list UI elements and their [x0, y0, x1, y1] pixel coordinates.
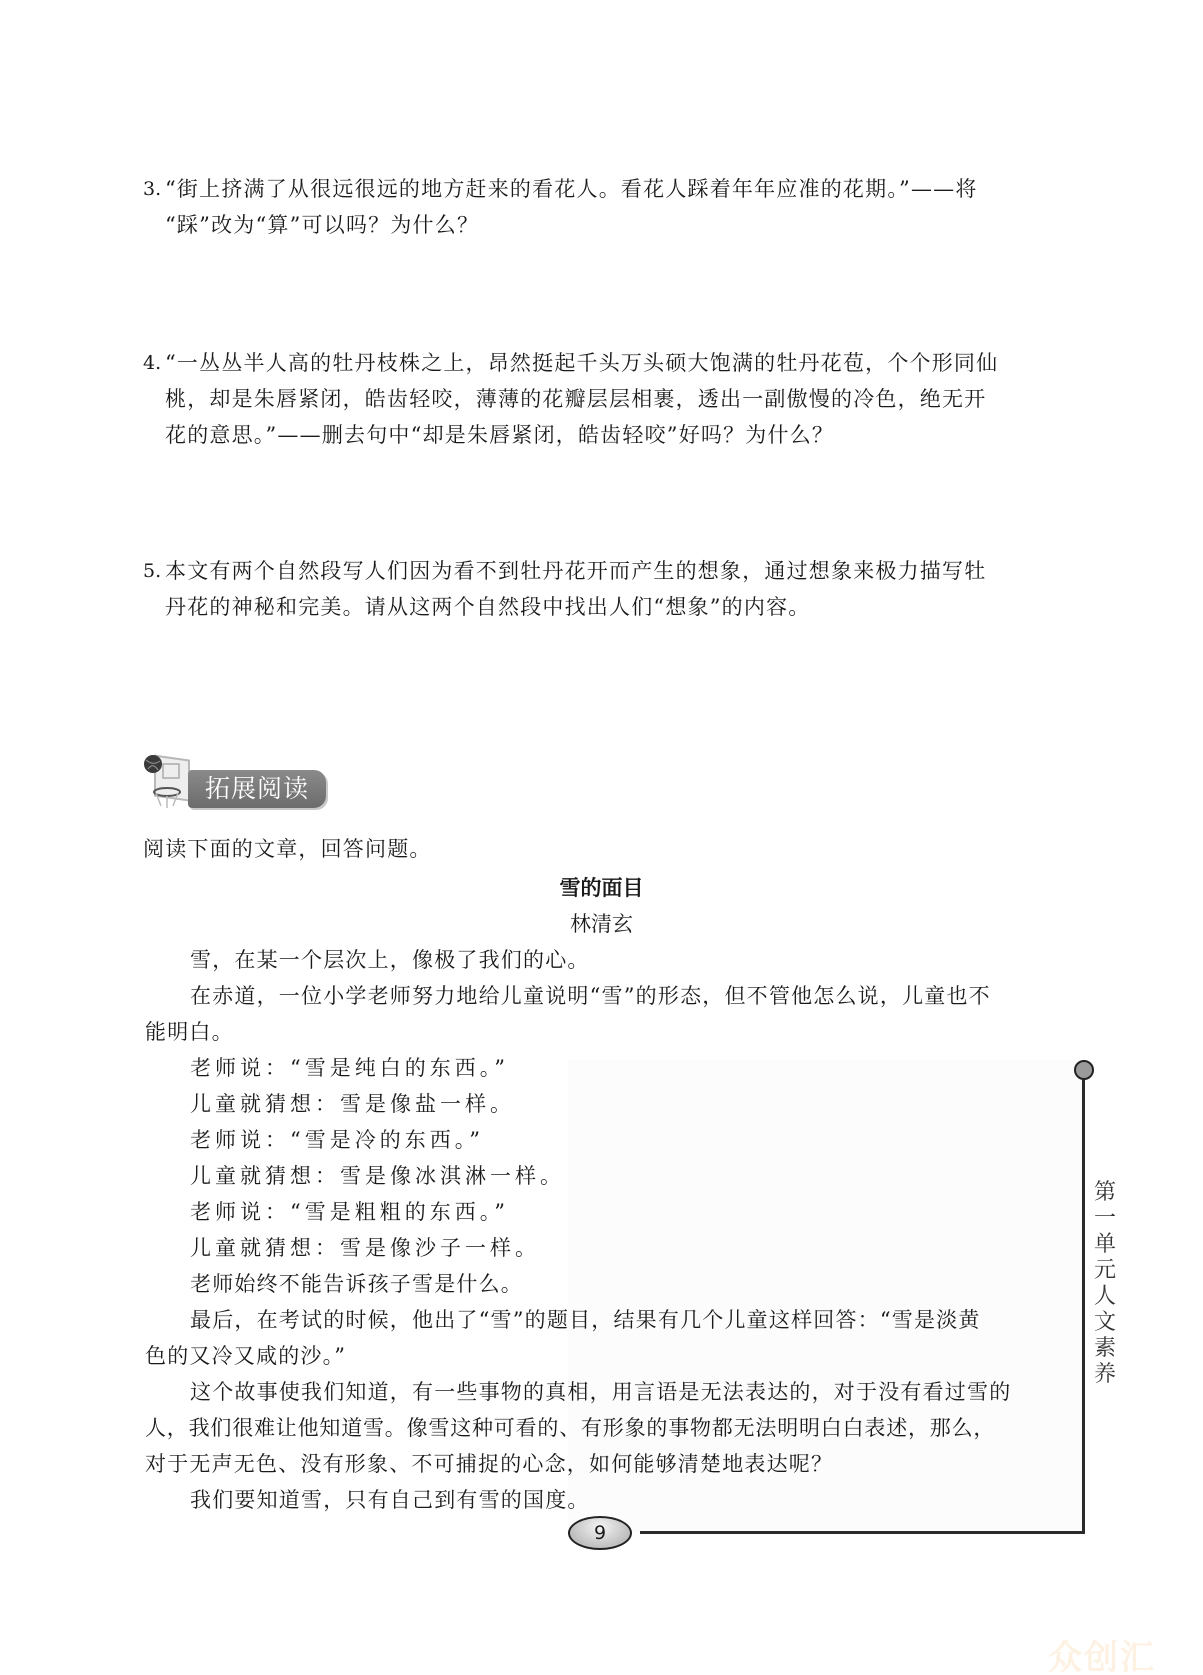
article-line: 我们要知道雪，只有自己到有雪的国度。 [190, 1482, 590, 1518]
article-line: 老师始终不能告诉孩子雪是什么。 [190, 1266, 523, 1302]
margin-rule-horizontal [640, 1531, 1085, 1534]
question-text-line: “街上挤满了从很远很远的地方赶来的看花人。看花人踩着年年应准的花期。”——将 [165, 171, 978, 207]
question-text-line: 丹花的神秘和完美。请从这两个自然段中找出人们“想象”的内容。 [165, 589, 810, 625]
question-text-line: 本文有两个自然段写人们因为看不到牡丹花开而产生的想象，通过想象来极力描写牡 [165, 553, 986, 589]
article-line: 老师说：“雪是冷的东西。” [190, 1122, 484, 1158]
section-title: 拓展阅读 [188, 770, 326, 808]
question-text-line: “一丛丛半人高的牡丹枝株之上，昂然挺起千头万头硕大饱满的牡丹花苞，个个形同仙 [165, 345, 998, 381]
article-line: 这个故事使我们知道，有一些事物的真相，用言语是无法表达的，对于没有看过雪的 [190, 1374, 1011, 1410]
question-number: 5. [143, 553, 161, 589]
question-number: 3. [143, 171, 161, 207]
margin-rule-vertical [1082, 1070, 1085, 1533]
article-line: 老师说：“雪是粗粗的东西。” [190, 1194, 509, 1230]
article-line: 最后，在考试的时候，他出了“雪”的题目，结果有几个儿童这样回答：“雪是淡黄 [190, 1302, 981, 1338]
unit-side-label: 第一单元 人文素养 [1092, 1180, 1118, 1388]
question-text-line: 桃，却是朱唇紧闭，皓齿轻咬，薄薄的花瓣层层相裹，透出一副傲慢的冷色，绝无开 [165, 381, 986, 417]
article-line: 能明白。 [145, 1014, 234, 1050]
article-title: 雪的面目 [0, 870, 1203, 906]
article-line: 儿童就猜想：雪是像盐一样。 [190, 1086, 515, 1122]
article-author: 林清玄 [0, 906, 1203, 942]
article-line: 雪，在某一个层次上，像极了我们的心。 [190, 942, 590, 978]
article-line: 儿童就猜想：雪是像沙子一样。 [190, 1230, 540, 1266]
rule-end-dot-icon [1074, 1060, 1094, 1080]
article-line: 色的又冷又咸的沙。” [145, 1338, 346, 1374]
article-line: 对于无声无色、没有形象、不可捕捉的心念，如何能够清楚地表达呢？ [145, 1446, 833, 1482]
article-line: 老师说：“雪是纯白的东西。” [190, 1050, 509, 1086]
instruction-text: 阅读下面的文章，回答问题。 [143, 831, 432, 867]
article-line: 儿童就猜想：雪是像冰淇淋一样。 [190, 1158, 565, 1194]
article-line: 人，我们很难让他知道雪。像雪这种可看的、有形象的事物都无法明明白白表述，那么， [145, 1410, 995, 1446]
article-line: 在赤道，一位小学老师努力地给儿童说明“雪”的形态，但不管他怎么说，儿童也不 [190, 978, 991, 1014]
page-number: 9 [568, 1516, 632, 1550]
question-text-line: “踩”改为“算”可以吗？为什么？ [165, 207, 479, 243]
question-text-line: 花的意思。”——删去句中“却是朱唇紧闭，皓齿轻咬”好吗？为什么？ [165, 417, 834, 453]
watermark: 众创汇 [1048, 1630, 1156, 1675]
question-number: 4. [143, 345, 161, 381]
